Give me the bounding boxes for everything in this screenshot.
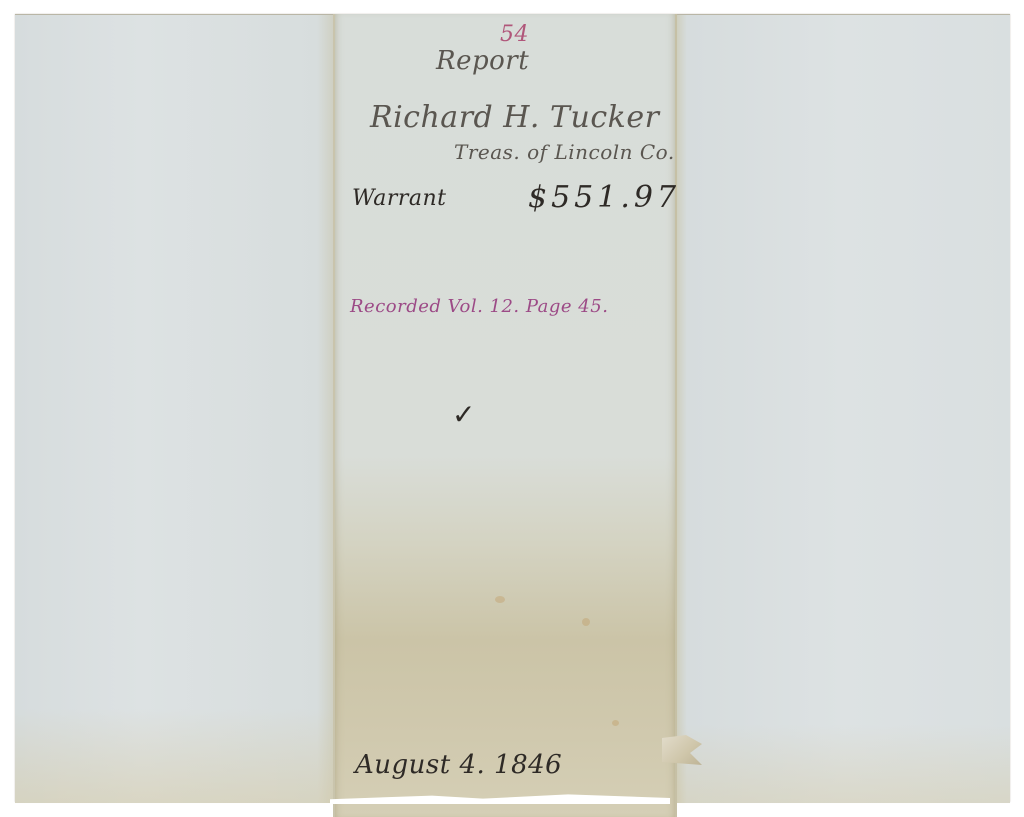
docket-name: Richard H. Tucker [370, 100, 659, 135]
check-mark-icon: ✓ [452, 398, 476, 431]
docket-item-type: Warrant [352, 186, 446, 211]
docket-office: Treas. of Lincoln Co. [454, 140, 675, 164]
scanned-document: 54 Report Richard H. Tucker Treas. of Li… [0, 0, 1024, 817]
docket-amount: $551.97 [528, 180, 680, 215]
docket-title: Report [436, 46, 529, 76]
foxing-stain [612, 720, 619, 726]
docket-date: August 4. 1846 [355, 750, 562, 780]
docket-number: 54 [500, 22, 529, 47]
recorded-note: Recorded Vol. 12. Page 45. [350, 296, 608, 317]
foxing-stain [582, 618, 590, 626]
foxing-stain [495, 596, 505, 603]
left-fold-panel [15, 14, 333, 803]
right-fold-panel [677, 14, 1010, 803]
